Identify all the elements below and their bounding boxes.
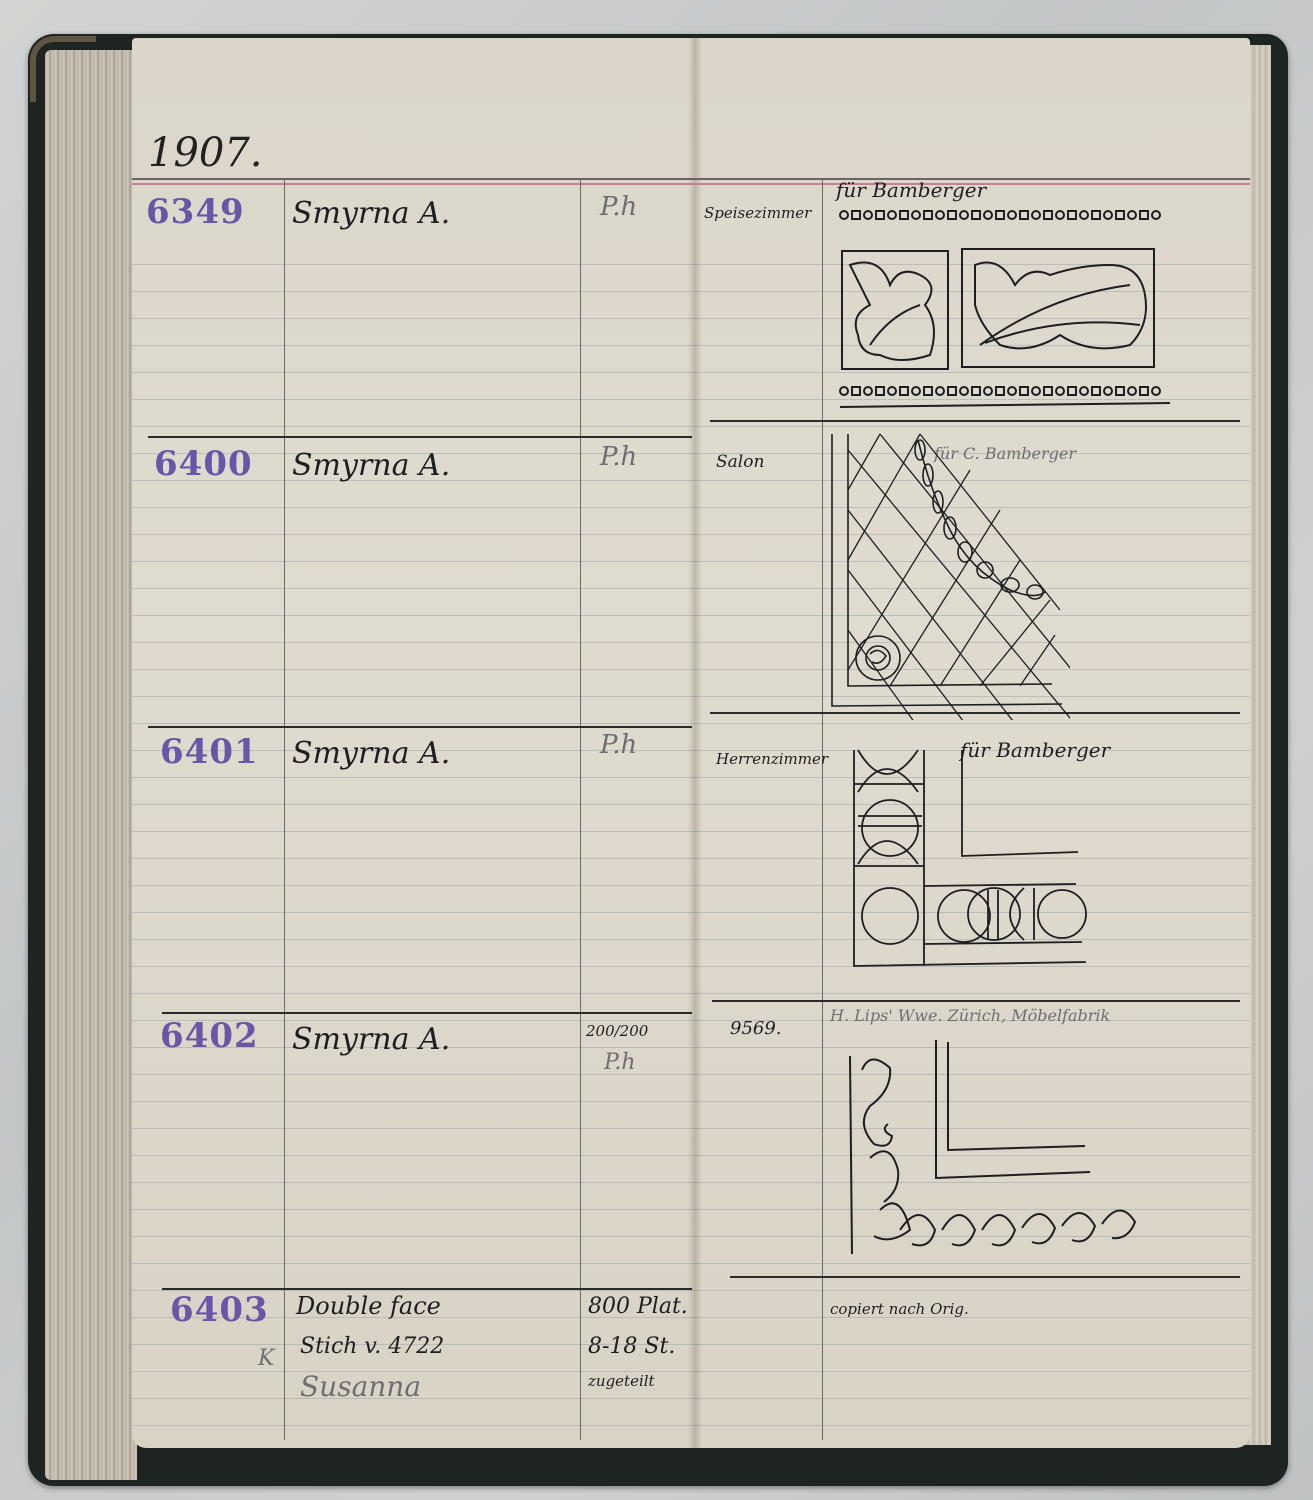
entry-design: Smyrna A.: [292, 448, 450, 483]
entry-quantity: P.h: [600, 730, 637, 760]
ledger-year: 1907.: [148, 130, 263, 176]
garland-icon: [915, 440, 1045, 599]
acanthus-sketch: [830, 205, 1180, 415]
entry-room: 9569.: [730, 1018, 782, 1039]
page-edges-left: [45, 50, 137, 1480]
entry-design: Smyrna A.: [292, 196, 450, 231]
scroll-wave-icon: [862, 1059, 1135, 1245]
entry-separator: [162, 1012, 692, 1014]
column-divider: [580, 180, 581, 1440]
entry-number: 6402: [160, 1016, 259, 1056]
entry-design-line2: Stich v. 4722: [300, 1334, 444, 1359]
column-divider: [822, 180, 823, 1440]
entry-design: Double face: [296, 1292, 441, 1320]
entry-note: für Bamberger: [836, 178, 986, 202]
entry-quantity: 800 Plat.: [588, 1294, 688, 1319]
entry-room: Salon: [716, 452, 764, 472]
ruled-lines: [132, 238, 696, 1428]
column-divider: [284, 180, 285, 1440]
entry-quantity: 200/200: [586, 1022, 648, 1040]
entry-separator: [712, 1000, 1240, 1002]
entry-number: 6403: [170, 1290, 269, 1330]
entry-quantity-line2: 8-18 St.: [588, 1334, 675, 1359]
entry-separator: [148, 436, 692, 438]
entry-separator: [710, 420, 1240, 422]
bead-row-icon: [840, 387, 1160, 395]
entry-number: 6349: [146, 192, 245, 232]
wave-border-sketch: [840, 1040, 1160, 1270]
entry-number: 6400: [154, 444, 253, 484]
book-gutter: [688, 38, 702, 1448]
entry-quantity-line2: P.h: [604, 1050, 636, 1075]
lattice-sketch: [820, 430, 1070, 720]
entry-quantity: P.h: [600, 192, 637, 222]
entry-separator: [148, 726, 692, 728]
diamond-lattice-icon: [848, 434, 1070, 720]
header-rule-red: [132, 183, 1250, 185]
wreath-icon: [856, 636, 900, 680]
entry-separator: [730, 1276, 1240, 1278]
entry-room: Herrenzimmer: [716, 750, 828, 768]
entry-quantity-line3: zugeteilt: [588, 1372, 655, 1390]
header-rule: [132, 178, 1250, 180]
entry-note: copiert nach Orig.: [830, 1300, 969, 1318]
circle-border-sketch: [846, 748, 1096, 978]
entry-design-line3: Susanna: [300, 1370, 421, 1403]
entry-margin-mark: K: [258, 1346, 274, 1371]
entry-note: H. Lips' Wwe. Zürich, Möbelfabrik: [830, 1006, 1110, 1025]
entry-number: 6401: [160, 732, 259, 772]
entry-design: Smyrna A.: [292, 736, 450, 771]
entry-quantity: P.h: [600, 442, 637, 472]
bead-row-icon: [840, 211, 1160, 219]
entry-design: Smyrna A.: [292, 1022, 450, 1057]
entry-room: Speisezimmer: [704, 204, 811, 222]
